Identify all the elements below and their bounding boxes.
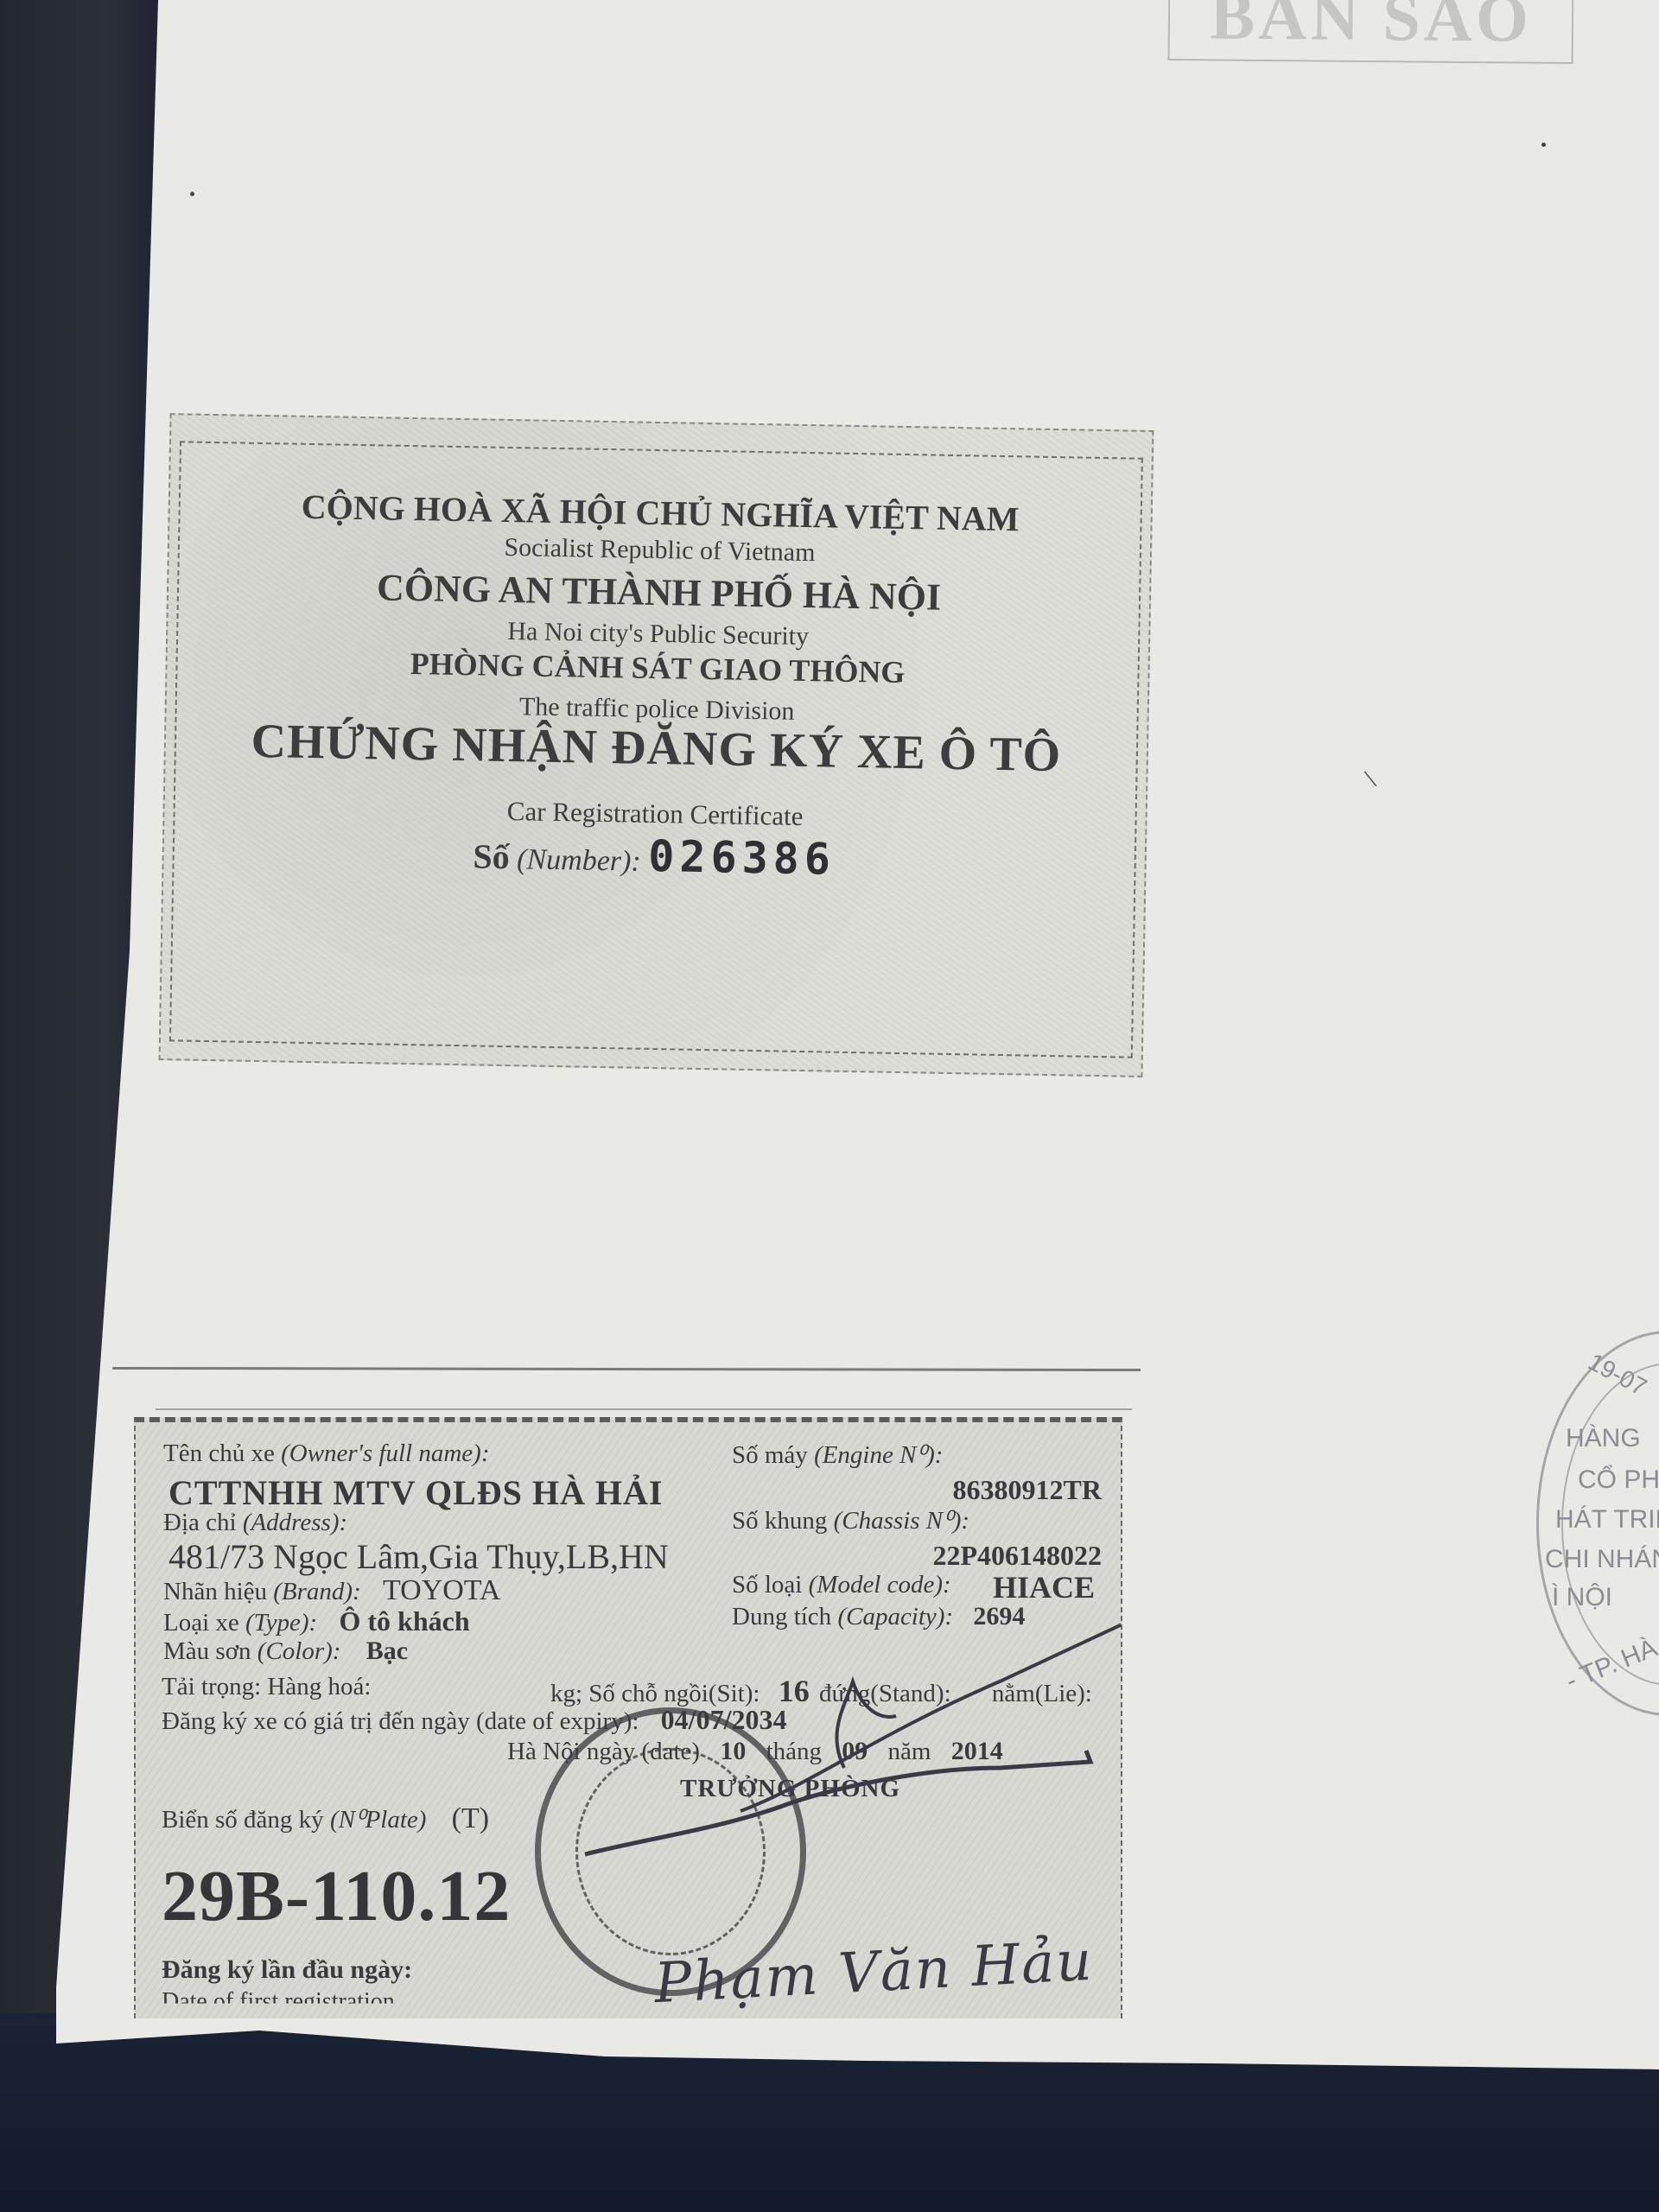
engine-label-en: (Engine N⁰): bbox=[814, 1441, 943, 1469]
number-label-vi: Số bbox=[473, 836, 510, 876]
brand-field: Nhãn hiệu (Brand): TOYOTA bbox=[163, 1574, 500, 1607]
type-field: Loại xe (Type): Ô tô khách bbox=[163, 1605, 470, 1637]
address-label-vi: Địa chỉ bbox=[163, 1509, 237, 1536]
brand-label-en: (Brand): bbox=[273, 1578, 360, 1605]
copy-stamp: BẢN SAO bbox=[1168, 0, 1574, 64]
expiry-label: Đăng ký xe có giá trị đến ngày (date of … bbox=[162, 1707, 639, 1735]
certificate-number: 026386 bbox=[648, 831, 836, 885]
model-label-vi: Số loại bbox=[732, 1571, 802, 1599]
type-label-vi: Loại xe bbox=[163, 1609, 239, 1637]
cut-line bbox=[156, 1408, 1132, 1410]
model-label: Số loại (Model code): bbox=[732, 1571, 951, 1599]
number-label-en: (Number): bbox=[517, 843, 641, 877]
first-registration-label: Đăng ký lần đầu ngày: bbox=[162, 1955, 412, 1985]
owner-name: CTTNHH MTV QLĐS HÀ HẢI bbox=[168, 1472, 663, 1513]
chassis-label-en: (Chassis N⁰): bbox=[834, 1507, 969, 1535]
company-stamp-text: HÀNG bbox=[1566, 1424, 1641, 1453]
capacity-label-en: (Capacity): bbox=[837, 1603, 953, 1630]
registration-details: Tên chủ xe (Owner's full name): CTTNHH M… bbox=[134, 1417, 1122, 2018]
plate-label-en: (N⁰Plate) bbox=[330, 1806, 426, 1834]
model-label-en: (Model code): bbox=[809, 1571, 951, 1599]
company-stamp-text: HÁT TRIỂN bbox=[1555, 1505, 1659, 1535]
color-value: Bạc bbox=[366, 1637, 408, 1665]
certificate-header: CỘNG HOÀ XÃ HỘI CHỦ NGHĨA VIỆT NAM Socia… bbox=[159, 413, 1154, 1077]
seal-inner-ring bbox=[575, 1748, 766, 1955]
document-page: BẢN SAO \ CỘNG HOÀ XÃ HỘI CHỦ NGHĨA VIỆT… bbox=[0, 0, 1659, 2212]
capacity-label-vi: Dung tích bbox=[732, 1603, 831, 1630]
engine-number: 86380912TR bbox=[953, 1474, 1102, 1506]
company-stamp-text: CHI NHÁNH bbox=[1545, 1545, 1659, 1574]
chassis-label-vi: Số khung bbox=[732, 1507, 827, 1535]
model-code: HIACE bbox=[993, 1569, 1095, 1605]
cut-line bbox=[112, 1367, 1141, 1371]
seat-count: 16 bbox=[779, 1674, 810, 1708]
issue-year-label: năm bbox=[888, 1738, 931, 1765]
brand-value: TOYOTA bbox=[383, 1574, 500, 1606]
type-value: Ô tô khách bbox=[339, 1605, 469, 1637]
owner-label-en: (Owner's full name): bbox=[281, 1440, 489, 1467]
issue-year: 2014 bbox=[951, 1737, 1003, 1765]
speck bbox=[190, 192, 194, 196]
load-label: Tải trọng: Hàng hoá: bbox=[162, 1673, 371, 1701]
chassis-number: 22P406148022 bbox=[932, 1540, 1102, 1572]
plate-suffix: (T) bbox=[452, 1802, 489, 1834]
capacity-value: 2694 bbox=[973, 1602, 1025, 1630]
color-label-vi: Màu sơn bbox=[163, 1637, 251, 1665]
speck bbox=[1541, 143, 1546, 147]
stand-label: đứng(Stand): bbox=[819, 1680, 951, 1707]
ink-mark: \ bbox=[1362, 765, 1378, 795]
owner-label-vi: Tên chủ xe bbox=[163, 1440, 275, 1467]
first-registration-label-en: Date of first registration bbox=[162, 1988, 395, 2016]
company-stamp-text: Ì NỘI bbox=[1552, 1583, 1612, 1612]
engine-label-vi: Số máy bbox=[732, 1441, 808, 1469]
plate-label: Biển số đăng ký (N⁰Plate) (T) bbox=[162, 1802, 489, 1835]
type-label-en: (Type): bbox=[245, 1609, 317, 1637]
company-stamp-text: CỔ PHẦN bbox=[1578, 1465, 1659, 1495]
plate-number: 29B-110.12 bbox=[162, 1854, 511, 1938]
address-value: 481/73 Ngọc Lâm,Gia Thụy,LB,HN bbox=[168, 1536, 669, 1577]
engine-label: Số máy (Engine N⁰): bbox=[732, 1440, 943, 1470]
capacity-field: Dung tích (Capacity): 2694 bbox=[732, 1602, 1025, 1631]
header-inner-border: CỘNG HOÀ XÃ HỘI CHỦ NGHĨA VIỆT NAM Socia… bbox=[169, 441, 1143, 1058]
color-field: Màu sơn (Color): Bạc bbox=[163, 1637, 408, 1666]
owner-label: Tên chủ xe (Owner's full name): bbox=[163, 1440, 489, 1468]
chassis-label: Số khung (Chassis N⁰): bbox=[732, 1505, 969, 1535]
plate-label-vi: Biển số đăng ký bbox=[162, 1806, 324, 1834]
issue-month: 09 bbox=[842, 1737, 868, 1765]
brand-label-vi: Nhãn hiệu bbox=[163, 1578, 267, 1605]
lie-label: nằm(Lie): bbox=[992, 1680, 1092, 1707]
address-label-en: (Address): bbox=[243, 1509, 347, 1536]
address-label: Địa chỉ (Address): bbox=[163, 1509, 347, 1537]
color-label-en: (Color): bbox=[257, 1637, 341, 1665]
